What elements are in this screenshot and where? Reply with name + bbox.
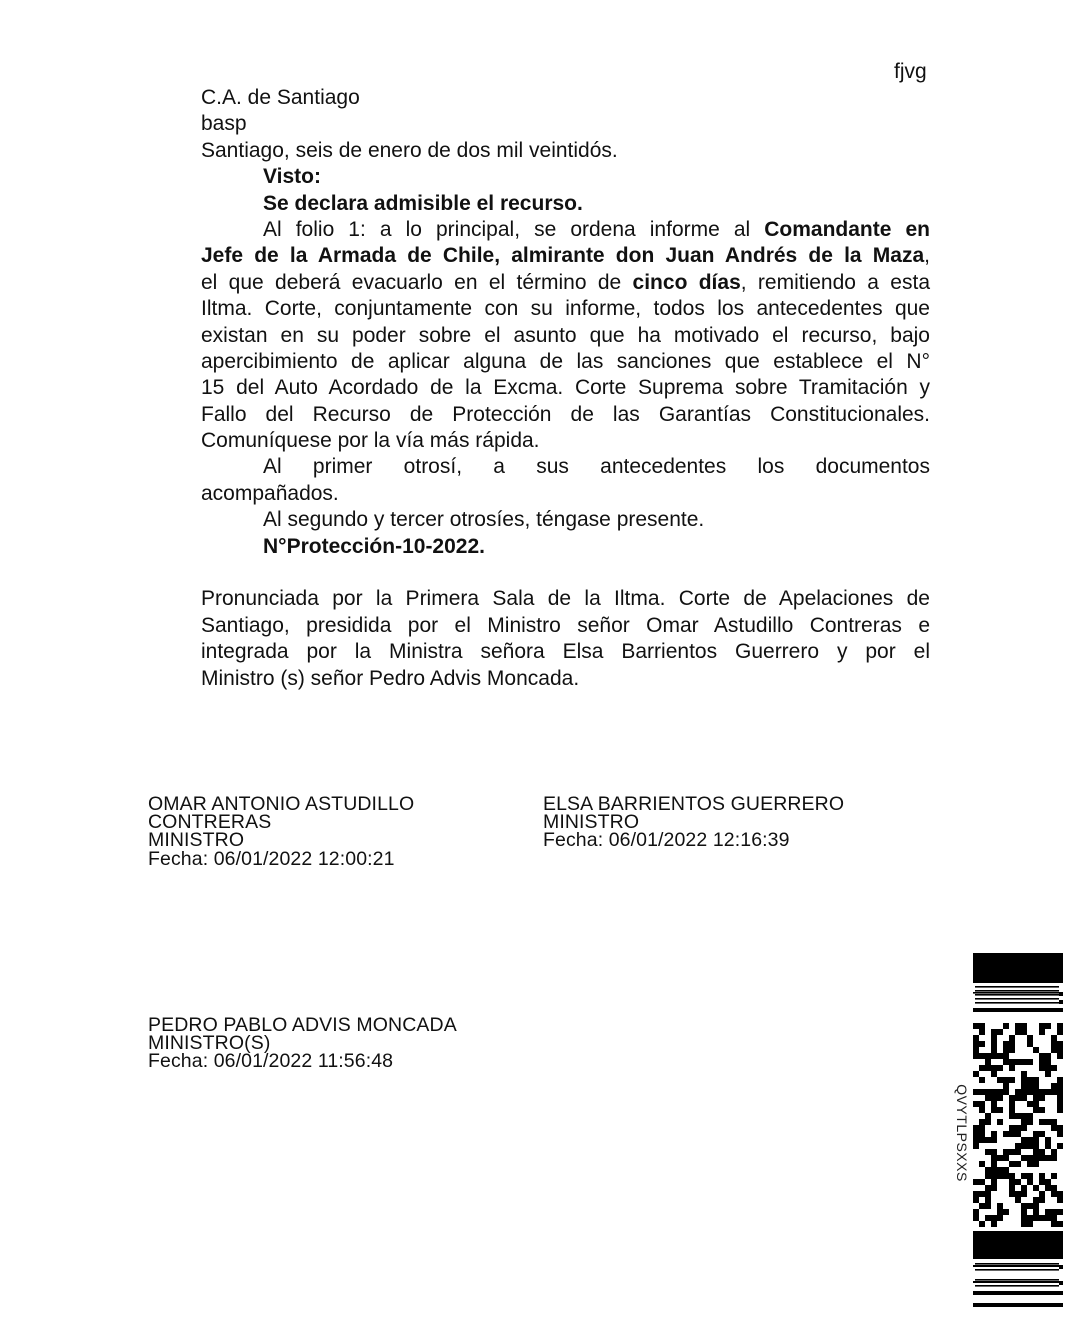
folio-paragraph-line: apercibimiento de aplicar alguna de las … <box>201 349 930 375</box>
pronounced-line: Santiago, presidida por el Ministro seño… <box>201 613 930 639</box>
pdf417-barcode-icon <box>973 953 1065 1309</box>
folio-paragraph-line: Fallo del Recurso de Protección de las G… <box>201 402 930 428</box>
folio-paragraph-line: 15 del Auto Acordado de la Excma. Corte … <box>201 375 930 401</box>
folio-paragraph-line: Jefe de la Armada de Chile, almirante do… <box>201 243 930 269</box>
pronounced-line: Pronunciada por la Primera Sala de la Il… <box>201 586 930 612</box>
folio-paragraph-line: Comuníquese por la vía más rápida. <box>201 428 930 454</box>
signature-block: PEDRO PABLO ADVIS MONCADA MINISTRO(S) Fe… <box>148 1016 457 1071</box>
folio-paragraph-line: Al folio 1: a lo principal, se ordena in… <box>201 217 930 243</box>
signer-role: MINISTRO <box>148 831 414 849</box>
verification-code: QVYTLPSXXS <box>954 1073 970 1193</box>
initials: fjvg <box>894 60 927 84</box>
visto-heading: Visto: <box>201 164 930 190</box>
pronounced-line: integrada por la Ministra señora Elsa Ba… <box>201 639 930 665</box>
date-line: Santiago, seis de enero de dos mil veint… <box>201 138 930 164</box>
signature-block: ELSA BARRIENTOS GUERRERO MINISTRO Fecha:… <box>543 795 844 850</box>
primer-otrosi-line: Al primer otrosí, a sus antecedentes los… <box>201 454 930 480</box>
admissibility-statement: Se declara admisible el recurso. <box>201 191 930 217</box>
signature-date: Fecha: 06/01/2022 12:00:21 <box>148 850 414 868</box>
primer-otrosi-line: acompañados. <box>201 481 930 507</box>
court-name: C.A. de Santiago <box>201 85 930 111</box>
resolution-body: C.A. de Santiago basp Santiago, seis de … <box>201 85 930 692</box>
signature-date: Fecha: 06/01/2022 11:56:48 <box>148 1052 457 1070</box>
case-number: N°Protección-10-2022. <box>201 534 930 560</box>
signature-date: Fecha: 06/01/2022 12:16:39 <box>543 831 844 849</box>
folio-paragraph-line: el que deberá evacuarlo en el término de… <box>201 270 930 296</box>
signature-block: OMAR ANTONIO ASTUDILLO CONTRERAS MINISTR… <box>148 795 414 868</box>
segundo-otrosi: Al segundo y tercer otrosíes, téngase pr… <box>201 507 930 533</box>
folio-paragraph-line: Iltma. Corte, conjuntamente con su infor… <box>201 296 930 322</box>
clerk-code: basp <box>201 111 930 137</box>
pronounced-line: Ministro (s) señor Pedro Advis Moncada. <box>201 666 930 692</box>
spacer <box>201 560 930 586</box>
folio-paragraph-line: existan en su poder sobre el asunto que … <box>201 323 930 349</box>
